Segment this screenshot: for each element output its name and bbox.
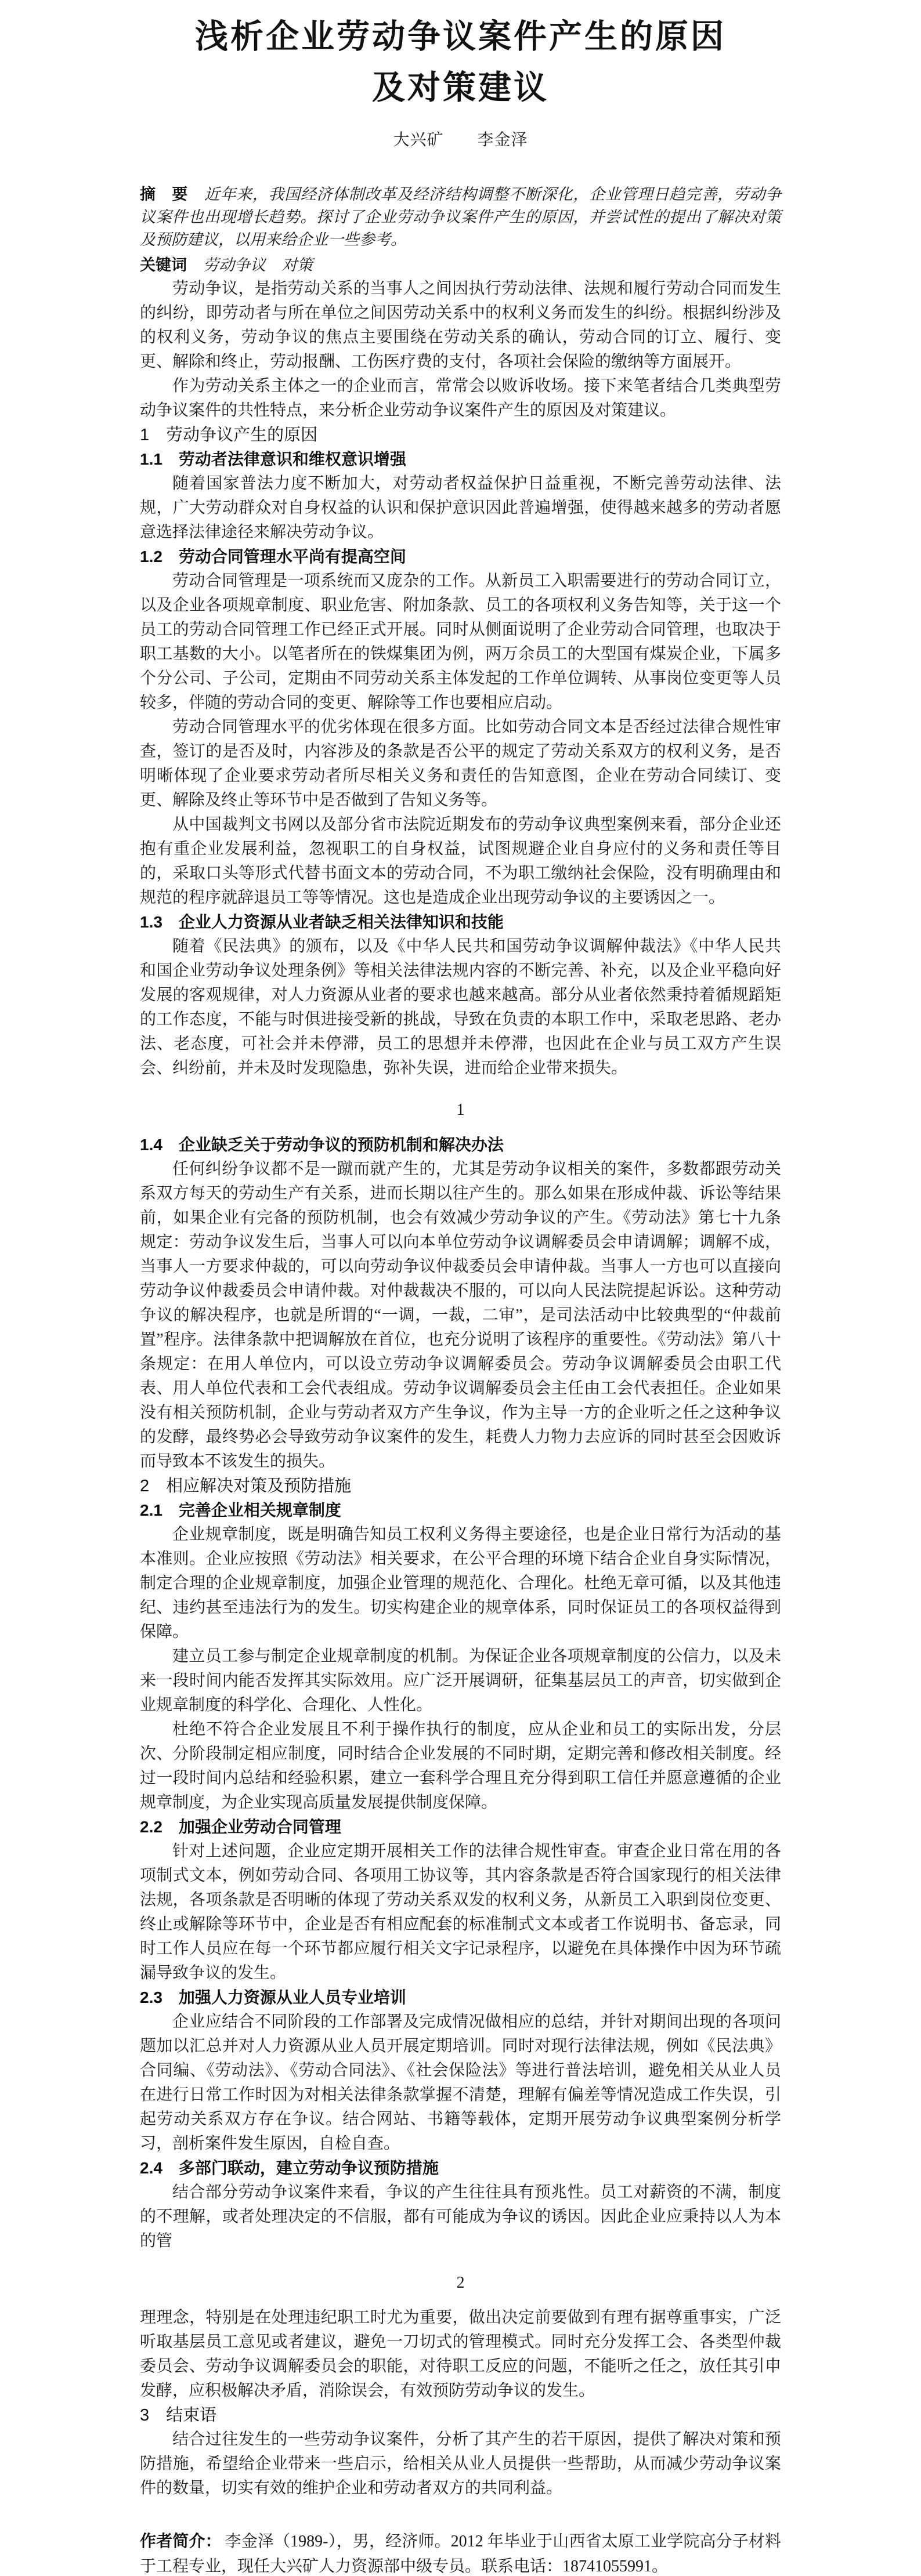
abstract-text: 近年来，我国经济体制改革及经济结构调整不断深化，企业管理日趋完善，劳动争议案件也… bbox=[140, 186, 781, 248]
paragraph: 劳动合同管理水平的优劣体现在很多方面。比如劳动合同文本是否经过法律合规性审查，签… bbox=[140, 715, 781, 813]
abstract: 摘 要近年来，我国经济体制改革及经济结构调整不断深化，企业管理日趋完善，劳动争议… bbox=[140, 183, 781, 251]
paragraph: 作为劳动关系主体之一的企业而言，常常会以败诉收场。接下来笔者结合几类典型劳动争议… bbox=[140, 374, 781, 423]
section-heading: 1.3 企业人力资源从业者缺乏相关法律知识和技能 bbox=[140, 910, 781, 934]
section-heading: 1.4 企业缺乏关于劳动争议的预防机制和解决办法 bbox=[140, 1133, 781, 1157]
paragraph: 随着《民法典》的颁布，以及《中华人民共和国劳动争议调解仲裁法》《中华人民共和国企… bbox=[140, 934, 781, 1081]
section-heading: 2.3 加强人力资源从业人员专业培训 bbox=[140, 1986, 781, 2010]
paragraph: 企业应结合不同阶段的工作部署及完成情况做相应的总结，并针对期间出现的各项问题加以… bbox=[140, 2010, 781, 2156]
section-heading: 1.1 劳动者法律意识和维权意识增强 bbox=[140, 447, 781, 472]
section-heading: 2 相应解决对策及预防措施 bbox=[140, 1474, 781, 1498]
keywords-text: 劳动争议 对策 bbox=[203, 256, 313, 274]
paragraph: 结合过往发生的一些劳动争议案件，分析了其产生的若干原因，提供了解决对策和预防措施… bbox=[140, 2428, 781, 2501]
document-blocks: 劳动争议，是指劳动关系的当事人之间因执行劳动法律、法规和履行劳动合同而发生的纠纷… bbox=[140, 277, 781, 2501]
author-bio-label: 作者简介： bbox=[140, 2532, 222, 2550]
paragraph: 劳动合同管理是一项系统而又庞杂的工作。从新员工入职需要进行的劳动合同订立，以及企… bbox=[140, 569, 781, 715]
section-heading: 3 结束语 bbox=[140, 2403, 781, 2428]
authors: 大兴矿 李金泽 bbox=[140, 129, 781, 152]
paragraph: 从中国裁判文书网以及部分省市法院近期发布的劳动争议典型案例来看，部分企业还抱有重… bbox=[140, 813, 781, 910]
section-heading: 1.2 劳动合同管理水平尚有提高空间 bbox=[140, 545, 781, 569]
title-line-1: 浅析企业劳动争议案件产生的原因 bbox=[140, 12, 781, 63]
section-heading: 2.4 多部门联动，建立劳动争议预防措施 bbox=[140, 2156, 781, 2180]
document-page: 浅析企业劳动争议案件产生的原因 及对策建议 大兴矿 李金泽 摘 要近年来，我国经… bbox=[0, 0, 921, 2576]
section-heading: 1 劳动争议产生的原因 bbox=[140, 423, 781, 447]
page-number: 1 bbox=[140, 1098, 781, 1122]
page-title: 浅析企业劳动争议案件产生的原因 及对策建议 bbox=[140, 12, 781, 114]
paragraph: 杜绝不符合企业发展且不利于操作执行的制度，应从企业和员工的实际出发，分层次、分阶… bbox=[140, 1718, 781, 1815]
paragraph: 随着国家普法力度不断加大，对劳动者权益保护日益重视，不断完善劳动法律、法规，广大… bbox=[140, 472, 781, 545]
author-bio: 作者简介：李金泽（1989-），男，经济师。2012 年毕业于山西省太原工业学院… bbox=[140, 2528, 781, 2576]
section-heading: 2.2 加强企业劳动合同管理 bbox=[140, 1815, 781, 1839]
section-heading: 2.1 完善企业相关规章制度 bbox=[140, 1498, 781, 1523]
page-number: 2 bbox=[140, 2271, 781, 2295]
paragraph: 劳动争议，是指劳动关系的当事人之间因执行劳动法律、法规和履行劳动合同而发生的纠纷… bbox=[140, 277, 781, 374]
paragraph: 结合部分劳动争议案件来看，争议的产生往往具有预兆性。员工对薪资的不满，制度的不理… bbox=[140, 2180, 781, 2253]
paragraph: 理理念，特别是在处理违纪职工时尤为重要，做出决定前要做到有理有据尊重事实，广泛听… bbox=[140, 2306, 781, 2403]
keywords: 关键词劳动争议 对策 bbox=[140, 254, 781, 277]
paragraph: 企业规章制度，既是明确告知员工权利义务得主要途径，也是企业日常行为活动的基本准则… bbox=[140, 1523, 781, 1644]
title-line-2: 及对策建议 bbox=[140, 63, 781, 114]
paragraph: 任何纠纷争议都不是一蹴而就产生的，尤其是劳动争议相关的案件，多数都跟劳动关系双方… bbox=[140, 1157, 781, 1474]
author-bio-text: 李金泽（1989-），男，经济师。2012 年毕业于山西省太原工业学院高分子材料… bbox=[140, 2532, 781, 2575]
paragraph: 建立员工参与制定企业规章制度的机制。为保证企业各项规章制度的公信力，以及未来一段… bbox=[140, 1644, 781, 1718]
keywords-label: 关键词 bbox=[140, 256, 187, 274]
paragraph: 针对上述问题，企业应定期开展相关工作的法律合规性审查。审查企业日常在用的各项制式… bbox=[140, 1839, 781, 1986]
abstract-label: 摘 要 bbox=[140, 186, 188, 203]
